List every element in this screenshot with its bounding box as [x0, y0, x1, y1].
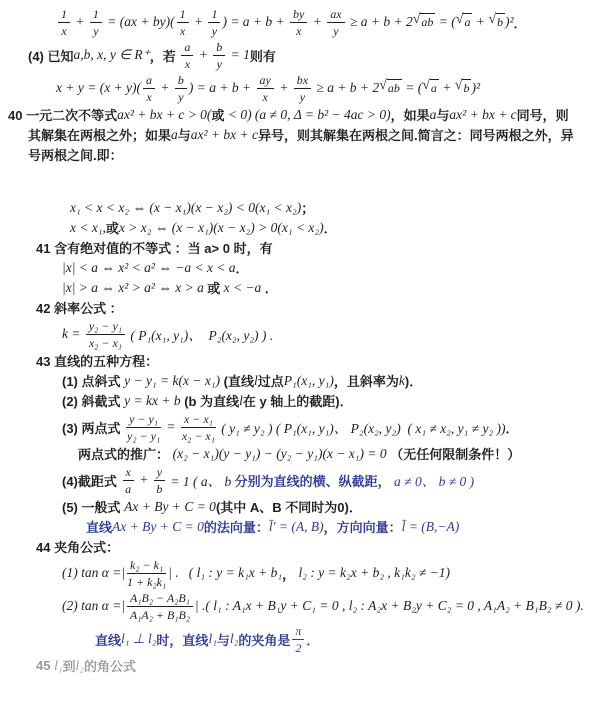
cjk-text: 直线: [86, 517, 112, 536]
fraction: 1x: [177, 7, 189, 37]
cjk-text: 同号，则: [517, 105, 569, 124]
fraction-numerator: 1: [58, 7, 70, 23]
cjk-text: 两点式的推广：: [78, 444, 173, 463]
cjk-text: 与: [217, 630, 230, 649]
math-text: a: [171, 127, 178, 143]
math-text: = (: [402, 80, 422, 96]
cjk-text: 时，直线: [156, 630, 208, 649]
fraction-denominator: x: [180, 23, 185, 37]
cjk-text: ．: [265, 278, 278, 297]
math-formula-notes-page: 1x + 1y = (ax + by)(1x + 1y) = a + b + b…: [0, 0, 600, 710]
math-text: x₁ < x < x₂ ⇔ (x − x₁)(x − x₂) < 0(x₁ < …: [70, 200, 301, 216]
radicand: b: [496, 13, 505, 30]
cjk-text: ，且斜率为: [334, 371, 399, 390]
math-text: l₁: [208, 631, 216, 647]
cjk-text: ．: [506, 418, 519, 437]
fraction: byx: [290, 7, 307, 37]
cjk-text: 其解集在两根之外；如果: [28, 125, 171, 144]
cjk-text: 40 一元二次不等式: [8, 105, 117, 124]
formula-roots-outside: x < x₁,或x > x₂ ⇔ (x − x₁)(x − x₂) > 0(x₁…: [70, 218, 600, 237]
math-text: (1) tan α =|: [62, 565, 125, 581]
math-text: ax² + bx + c > 0(: [117, 107, 211, 123]
math-text: ( y₁ ≠ y₂ ) ( P₁(x₁, y₁)、 P₂(x₂, y₂) ( x…: [218, 417, 506, 437]
cjk-text: 与: [436, 105, 449, 124]
fraction-denominator: 2: [295, 640, 301, 654]
math-text: (2) tan α =|: [62, 598, 125, 614]
math-text: |x| > a ⇔ x² > a² ⇔ x > a: [62, 280, 207, 296]
formula-cauchy-expansion-1: 1x + 1y = (ax + by)(1x + 1y) = a + b + b…: [56, 6, 600, 38]
radical: √a: [422, 79, 439, 96]
math-text: l₁ ⊥ l₂: [121, 631, 156, 647]
math-text: )²: [471, 80, 480, 96]
cjk-text: ．: [324, 218, 337, 237]
cjk-text: 或: [207, 278, 220, 297]
math-text: +: [439, 80, 455, 96]
math-text: Ax + By + C = 0: [124, 499, 216, 515]
cjk-text: ，如果: [391, 105, 430, 124]
cjk-text: 或: [106, 218, 119, 237]
fraction-numerator: bx: [294, 73, 311, 89]
math-text: ) = a + b +: [189, 80, 255, 96]
fraction-numerator: y: [154, 465, 165, 481]
fraction-numerator: b: [175, 73, 187, 89]
cjk-text: (3) 两点式: [62, 418, 124, 437]
math-text: y = kx + b: [124, 393, 180, 409]
fraction-denominator: y: [93, 23, 98, 37]
cjk-text: 过点: [258, 371, 284, 390]
formula-slope: k = y₂ − y₁x₂ − x₁ ( P₁(x₁, y₁)、 P₂(x₂, …: [62, 318, 600, 350]
radicand: ab: [387, 79, 402, 96]
line-eq-general: (5) 一般式 Ax + By + C = 0(其中 A、B 不同时为0)．: [62, 497, 600, 516]
math-text: = 1 ( a、 b: [167, 470, 235, 490]
line-eq-intercept: (4)截距式 xa + yb = 1 ( a、 b 分别为直线的横、纵截距， a…: [62, 464, 600, 496]
fraction-denominator: x₂ − x₁: [89, 335, 122, 349]
item-43-five-line-equations-heading: 43 直线的五种方程：: [36, 351, 600, 370]
cjk-text: 到: [63, 656, 76, 675]
fraction-numerator: 1: [177, 7, 189, 23]
fraction: by: [213, 40, 225, 70]
cjk-text: (b 为直线: [181, 391, 240, 410]
math-text: | . ( l₁ : y = k₁x + b₁: [168, 565, 282, 581]
cjk-text: (1) 点斜式: [62, 371, 124, 390]
fraction-denominator: y: [300, 89, 305, 103]
math-text: ax² + bx + c: [191, 127, 258, 143]
math-text: = (ax + by)(: [104, 14, 175, 30]
math-text: +: [309, 14, 325, 30]
two-point-generalization: 两点式的推广： (x₂ − x₁)(y − y₁) − (y₂ − y₁)(x …: [78, 444, 600, 463]
fraction: 1y: [208, 7, 220, 37]
cjk-text: )．: [405, 371, 422, 390]
fraction-denominator: x₂ − x₁: [182, 428, 215, 442]
fraction-numerator: by: [290, 7, 307, 23]
fraction-denominator: a: [125, 481, 131, 495]
fraction: A₁B₂ − A₂B₁A₁A₂ + B₁B₂: [127, 591, 193, 621]
fraction-denominator: x: [185, 56, 190, 70]
math-text: +: [72, 14, 88, 30]
cjk-text: 的角公式: [84, 656, 136, 675]
cjk-text: ，: [282, 564, 295, 583]
math-text: P₁(x₁, y₁): [284, 373, 334, 389]
math-text: | .( l₁ : A₁x + B₁y + C₁ = 0 , l₂ : A₂x …: [195, 598, 584, 614]
fraction-numerator: y − y₁: [126, 412, 161, 428]
cjk-text: 与: [178, 125, 191, 144]
cjk-text: (4) 已知: [28, 46, 74, 65]
fraction: 1y: [90, 7, 102, 37]
cjk-text: 44 夹角公式：: [36, 537, 119, 556]
math-text: )²: [505, 14, 514, 30]
math-text: l₁: [54, 658, 62, 674]
radical-sign: √: [488, 13, 496, 28]
fraction: y₂ − y₁x₂ − x₁: [86, 319, 125, 349]
fraction-numerator: 1: [208, 7, 220, 23]
cjk-text: (4)截距式: [62, 471, 121, 490]
cjk-text: ，若: [150, 46, 180, 65]
item-40-quadratic-inequality-line-3: 号两根之间.即：: [28, 145, 600, 164]
cjk-text: 分别为直线的横、纵截距，: [235, 471, 391, 490]
math-text: ax² + bx + c: [449, 107, 516, 123]
radical-sign: √: [456, 13, 464, 28]
math-text: ( P₁(x₁, y₁)、 P₂(x₂, y₂) ) .: [127, 324, 273, 344]
cjk-text: (2) 斜截式: [62, 391, 124, 410]
item-42-slope-heading: 42 斜率公式 ：: [36, 298, 600, 317]
fraction-denominator: x: [296, 23, 301, 37]
angle-formula-general: (2) tan α =|A₁B₂ − A₂B₁A₁A₂ + B₁B₂| .( l…: [62, 590, 600, 622]
fraction-numerator: A₁B₂ − A₂B₁: [127, 591, 193, 607]
item-40-quadratic-inequality-line-1: 40 一元二次不等式ax² + bx + c > 0(或 < 0) (a ≠ 0…: [8, 105, 600, 124]
cjk-text: ，方向向量：: [324, 517, 402, 536]
line-eq-point-slope: (1) 点斜式 y − y₁ = k(x − x₁) (直线l过点P₁(x₁, …: [62, 371, 600, 390]
fraction-denominator: 1 + k₂k₁: [127, 574, 166, 588]
fraction-denominator: x: [263, 89, 268, 103]
cjk-text: 在 y 轴上的截距)．: [243, 391, 353, 410]
cjk-text: (5) 一般式: [62, 497, 124, 516]
math-text: (x₂ − x₁)(y − y₁) − (y₂ − y₁)(x − x₁) = …: [173, 446, 387, 462]
fraction: π2: [292, 624, 304, 654]
fraction-denominator: x: [146, 89, 151, 103]
fraction-numerator: a: [143, 73, 155, 89]
cjk-text: (直线: [220, 371, 254, 390]
math-text: +: [195, 47, 211, 63]
formula-abs-greater: |x| > a ⇔ x² > a² ⇔ x > a 或 x < −a ．: [62, 278, 600, 297]
radicand: a: [463, 13, 472, 30]
fraction-numerator: ay: [257, 73, 274, 89]
cjk-text: 异号，则其解集在两根之间.简言之：同号两根之外，异: [258, 125, 574, 144]
math-text: l̄′ = (A, B): [269, 519, 324, 535]
math-text: +: [157, 80, 173, 96]
fraction-denominator: y₂ − y₁: [127, 428, 160, 442]
fraction-denominator: y: [178, 89, 183, 103]
document-body: 1x + 1y = (ax + by)(1x + 1y) = a + b + b…: [0, 6, 600, 675]
radicand: ab: [420, 13, 435, 30]
item-44-angle-formula-heading: 44 夹角公式：: [36, 537, 600, 556]
math-text: ≥ a + b + 2: [313, 80, 379, 96]
fraction-numerator: a: [181, 40, 193, 56]
item-40-quadratic-inequality-line-2: 其解集在两根之外；如果a与ax² + bx + c异号，则其解集在两根之间.简言…: [28, 125, 600, 144]
line-vectors-note: 直线Ax + By + C = 0的法向量：l̄′ = (A, B)，方向向量：…: [86, 517, 600, 536]
perpendicular-angle-note: 直线l₁ ⊥ l₂时，直线l₁与l₂的夹角是π2．: [95, 623, 600, 655]
fraction-numerator: b: [213, 40, 225, 56]
angle-formula-slopes: (1) tan α =|k₂ − k₁1 + k₂k₁| . ( l₁ : y …: [62, 557, 600, 589]
formula-cauchy-expansion-2: x + y = (x + y)(ax + by) = a + b + ayx +…: [56, 72, 600, 104]
math-text: a: [430, 107, 437, 123]
math-text: |x| < a ⇔ x² < a² ⇔ −a < x < a: [62, 260, 236, 276]
radicand: a: [430, 79, 439, 96]
fraction: by: [175, 73, 187, 103]
item-4-condition: (4) 已知a,b, x, y ∈ R⁺，若 ax + by = 1则有: [28, 39, 600, 71]
fraction: 1x: [58, 7, 70, 37]
fraction-numerator: k₂ − k₁: [127, 558, 166, 574]
cjk-text: 直线: [95, 630, 121, 649]
math-text: = 1: [227, 47, 250, 63]
math-text: +: [276, 80, 292, 96]
math-text: = (: [435, 14, 455, 30]
radical: √ab: [379, 79, 402, 96]
math-text: x < −a: [220, 280, 264, 296]
formula-roots-between: x₁ < x < x₂ ⇔ (x − x₁)(x − x₂) < 0(x₁ < …: [70, 198, 600, 217]
fraction: bxy: [294, 73, 311, 103]
cjk-text: 的夹角是: [238, 630, 290, 649]
fraction-denominator: y: [212, 23, 217, 37]
cjk-text: （无任何限制条件！）: [387, 444, 521, 463]
math-text: +: [136, 472, 152, 488]
item-41-absolute-value-heading: 41 含有绝对值的不等式 ：当 a> 0 时，有: [36, 238, 600, 257]
fraction: ayx: [257, 73, 274, 103]
math-text: a,b, x, y ∈ R⁺: [74, 47, 150, 63]
cjk-text: ．: [306, 630, 319, 649]
formula-abs-less: |x| < a ⇔ x² < a² ⇔ −a < x < a．: [62, 258, 600, 277]
math-text: l₂ : y = k₂x + b₂ , k₁k₂ ≠ −1): [295, 565, 450, 581]
cjk-text: 42 斜率公式 ：: [36, 298, 123, 317]
fraction-numerator: π: [292, 624, 304, 640]
radical-sign: √: [379, 79, 387, 94]
fraction-numerator: x − x₁: [181, 412, 216, 428]
fraction-denominator: x: [61, 23, 66, 37]
fraction: y − y₁y₂ − y₁: [126, 412, 161, 442]
fraction: ax: [143, 73, 155, 103]
math-text: ≥ a + b + 2: [347, 14, 413, 30]
math-text: k =: [62, 326, 84, 342]
cjk-text: 则有: [250, 46, 276, 65]
cjk-text: ；: [301, 198, 314, 217]
fraction: x − x₁x₂ − x₁: [181, 412, 216, 442]
radical: √a: [456, 13, 473, 30]
math-text: x > x₂ ⇔ (x − x₁)(x − x₂) > 0(x₁ < x₂): [119, 220, 324, 236]
fraction-denominator: y: [333, 23, 338, 37]
math-text: < 0) (a ≠ 0, Δ = b² − 4ac > 0): [224, 107, 390, 123]
cjk-text: ．: [236, 258, 249, 277]
fraction-numerator: 1: [90, 7, 102, 23]
fraction: axy: [327, 7, 344, 37]
radical: √b: [455, 79, 472, 96]
math-text: +: [472, 14, 488, 30]
cjk-text: 或: [211, 105, 224, 124]
math-text: l₂: [230, 631, 238, 647]
fraction-numerator: x: [123, 465, 134, 481]
cjk-text: 的法向量：: [204, 517, 269, 536]
line-eq-slope-intercept: (2) 斜截式 y = kx + b (b 为直线l在 y 轴上的截距)．: [62, 391, 600, 410]
cjk-text: ．: [514, 13, 527, 32]
item-45-heading-cutoff: 45 l₁到l₂的角公式: [36, 656, 600, 675]
fraction-numerator: ax: [327, 7, 344, 23]
fraction-denominator: A₁A₂ + B₁B₂: [130, 607, 190, 621]
fraction-denominator: y: [217, 56, 222, 70]
fraction-numerator: y₂ − y₁: [86, 319, 125, 335]
math-text: Ax + By + C = 0: [112, 519, 204, 535]
radical-sign: √: [455, 79, 463, 94]
fraction: ax: [181, 40, 193, 70]
cjk-text: 41 含有绝对值的不等式 ：当 a> 0 时，有: [36, 238, 273, 257]
fraction: k₂ − k₁1 + k₂k₁: [127, 558, 166, 588]
radical: √ab: [413, 13, 436, 30]
math-text: +: [191, 14, 207, 30]
fraction-denominator: b: [156, 481, 162, 495]
cjk-text: 45: [36, 658, 54, 673]
math-text: x < x₁,: [70, 220, 106, 236]
line-eq-two-point: (3) 两点式 y − y₁y₂ − y₁ = x − x₁x₂ − x₁ ( …: [62, 411, 600, 443]
fraction: xa: [123, 465, 134, 495]
math-text: a ≠ 0、 b ≠ 0 ): [391, 470, 474, 490]
cjk-text: (其中 A、B 不同时为0)．: [216, 497, 362, 516]
radical-sign: √: [413, 13, 421, 28]
math-text: ) = a + b +: [222, 14, 288, 30]
radical: √b: [488, 13, 505, 30]
cjk-text: 号两根之间.即：: [28, 145, 123, 164]
radical-sign: √: [422, 79, 430, 94]
math-text: y − y₁ = k(x − x₁): [124, 373, 220, 389]
math-text: l₂: [76, 658, 84, 674]
math-text: l̄ = (B,−A): [402, 519, 460, 535]
fraction: yb: [154, 465, 165, 495]
math-text: =: [163, 419, 179, 435]
cjk-text: 43 直线的五种方程：: [36, 351, 158, 370]
math-text: x + y = (x + y)(: [56, 80, 141, 96]
